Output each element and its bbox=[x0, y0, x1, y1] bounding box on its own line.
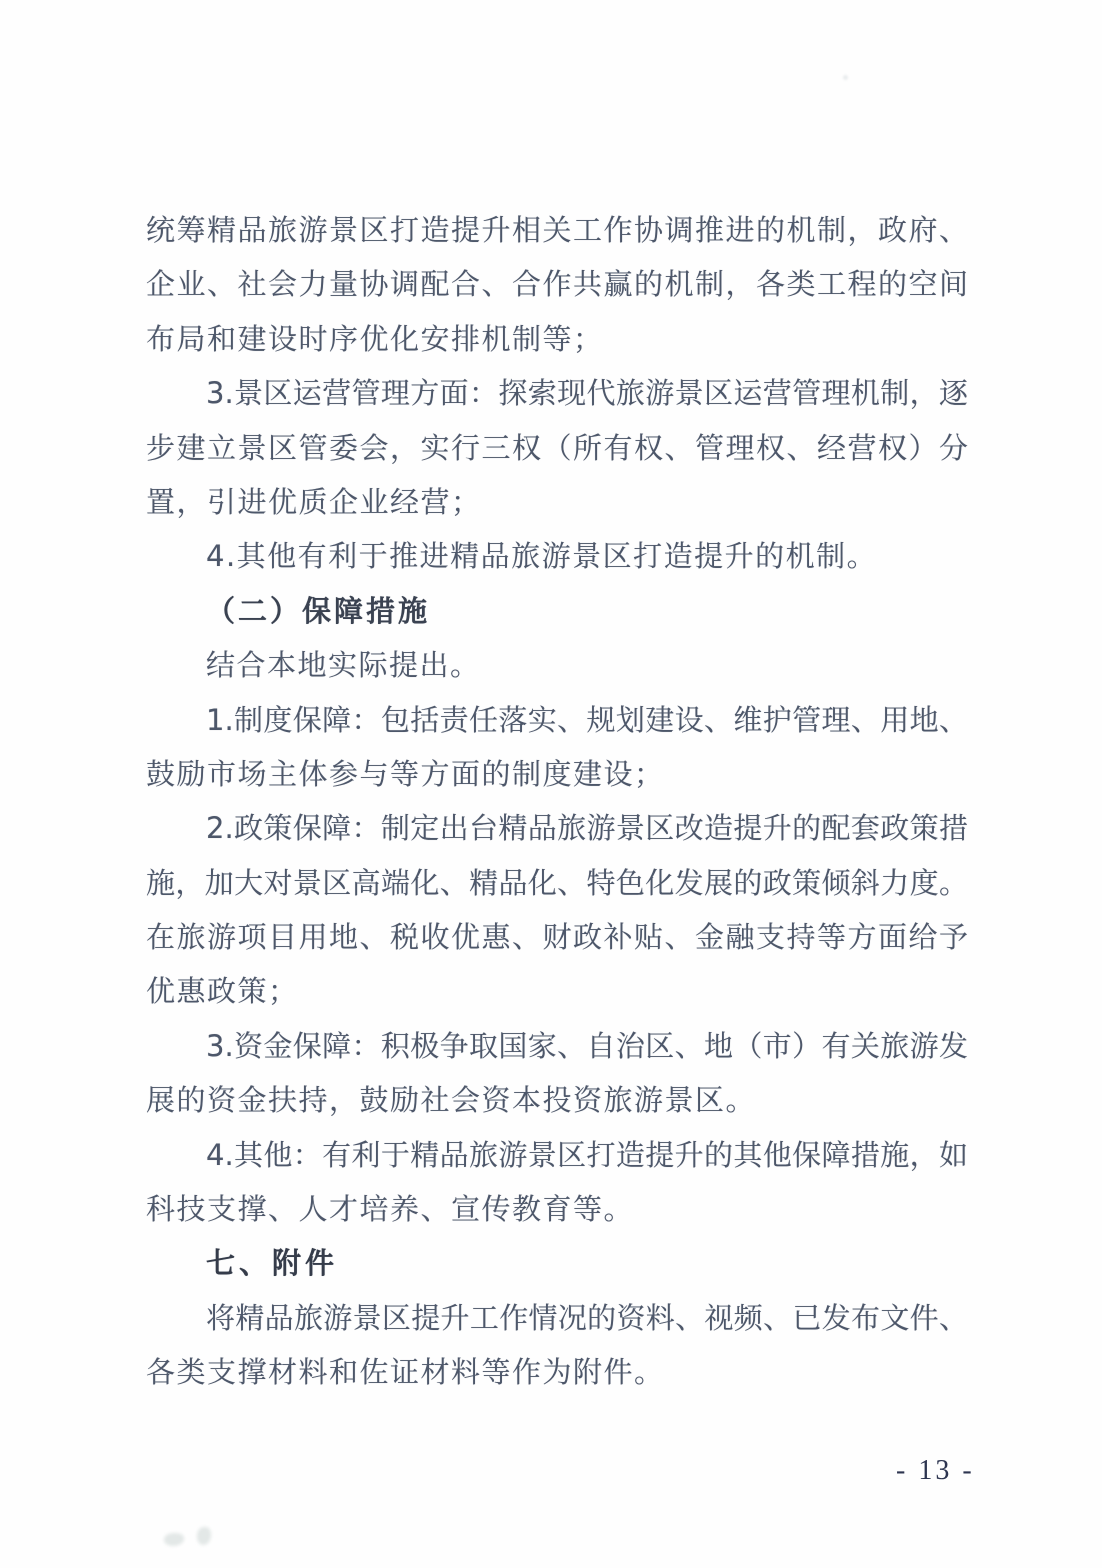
text-line: 1.制度保障：包括责任落实、规划建设、维护管理、用地、 bbox=[146, 693, 968, 747]
scan-smudge bbox=[197, 1527, 211, 1545]
text-line: 优惠政策； bbox=[146, 964, 968, 1018]
document-body: 统筹精品旅游景区打造提升相关工作协调推进的机制，政府、企业、社会力量协调配合、合… bbox=[146, 203, 968, 1400]
text-line: 在旅游项目用地、税收优惠、财政补贴、金融支持等方面给予 bbox=[146, 910, 968, 964]
text-line: 施，加大对景区高端化、精品化、特色化发展的政策倾斜力度。 bbox=[146, 856, 968, 910]
text-line: 3.资金保障：积极争取国家、自治区、地（市）有关旅游发 bbox=[146, 1019, 968, 1073]
text-line: 展的资金扶持，鼓励社会资本投资旅游景区。 bbox=[146, 1073, 968, 1127]
text-line: 4.其他有利于推进精品旅游景区打造提升的机制。 bbox=[146, 529, 968, 583]
text-line: 4.其他：有利于精品旅游景区打造提升的其他保障措施，如 bbox=[146, 1128, 968, 1182]
page-number: - 13 - bbox=[896, 1455, 975, 1487]
text-line: 各类支撑材料和佐证材料等作为附件。 bbox=[146, 1345, 968, 1399]
text-line: 布局和建设时序优化安排机制等； bbox=[146, 312, 968, 366]
scan-speck bbox=[843, 75, 848, 80]
text-line: 企业、社会力量协调配合、合作共赢的机制，各类工程的空间 bbox=[146, 257, 968, 311]
text-line: 3.景区运营管理方面：探索现代旅游景区运营管理机制，逐 bbox=[146, 366, 968, 420]
text-line: 鼓励市场主体参与等方面的制度建设； bbox=[146, 747, 968, 801]
text-line: 2.政策保障：制定出台精品旅游景区改造提升的配套政策措 bbox=[146, 801, 968, 855]
scan-smudge bbox=[164, 1533, 184, 1546]
heading-line: （二）保障措施 bbox=[146, 584, 968, 638]
document-page: 统筹精品旅游景区打造提升相关工作协调推进的机制，政府、企业、社会力量协调配合、合… bbox=[0, 0, 1102, 1568]
text-line: 置，引进优质企业经营； bbox=[146, 475, 968, 529]
text-line: 结合本地实际提出。 bbox=[146, 638, 968, 692]
text-line: 科技支撑、人才培养、宣传教育等。 bbox=[146, 1182, 968, 1236]
text-line: 统筹精品旅游景区打造提升相关工作协调推进的机制，政府、 bbox=[146, 203, 968, 257]
text-line: 将精品旅游景区提升工作情况的资料、视频、已发布文件、 bbox=[146, 1291, 968, 1345]
text-line: 步建立景区管委会，实行三权（所有权、管理权、经营权）分 bbox=[146, 421, 968, 475]
heading-line: 七、附件 bbox=[146, 1236, 968, 1290]
